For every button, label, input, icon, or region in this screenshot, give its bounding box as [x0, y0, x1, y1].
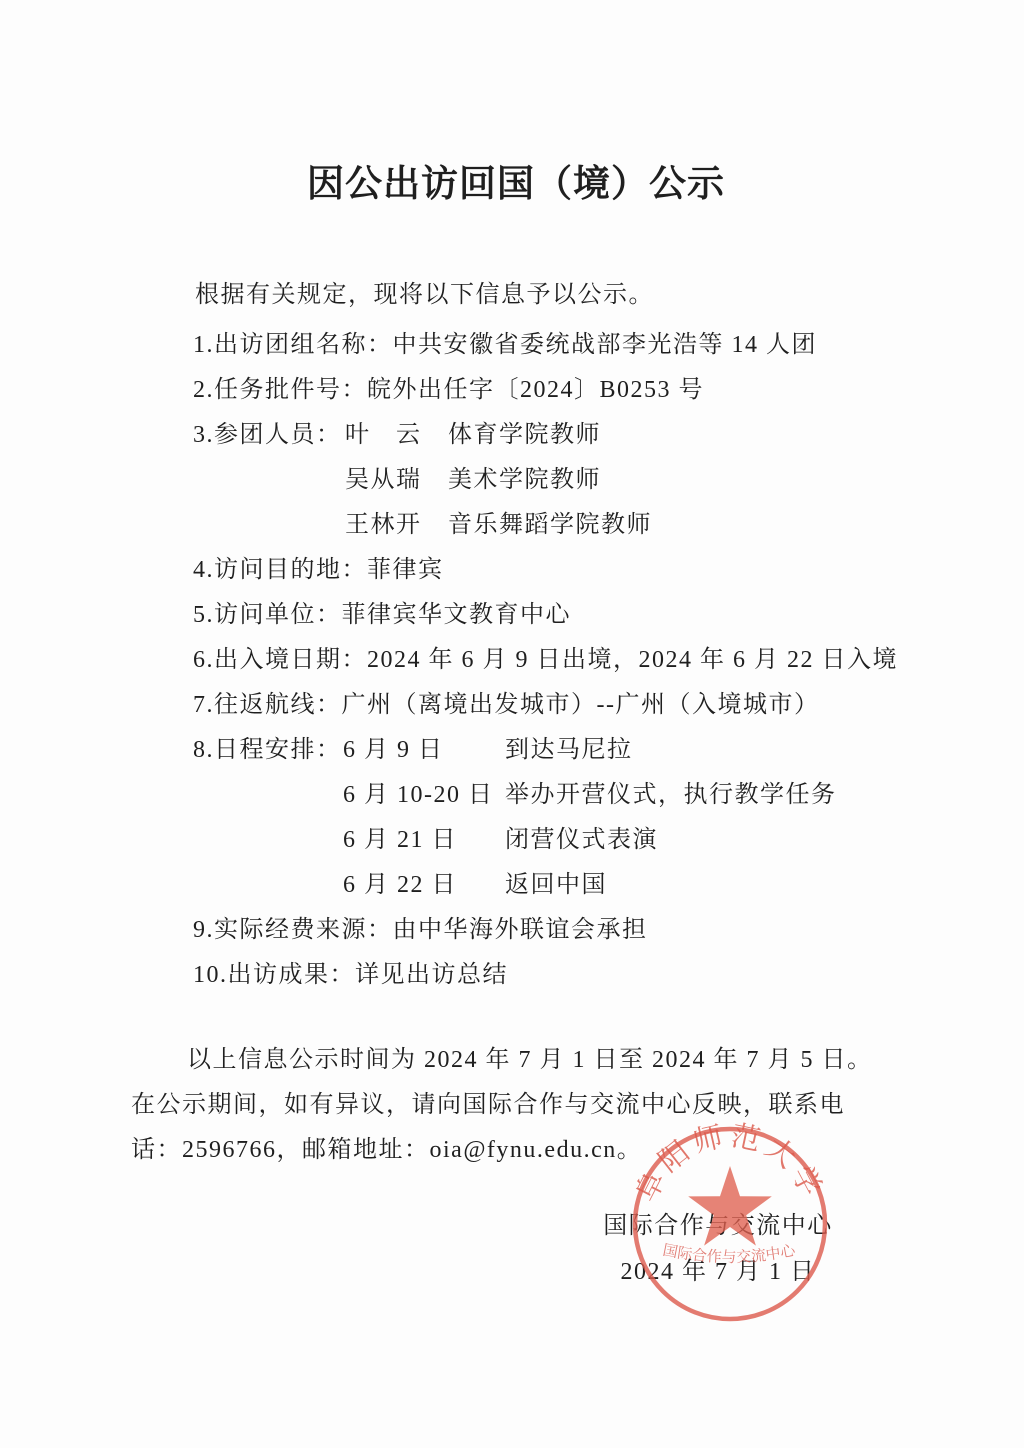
- signature-date: 2024 年 7 月 1 日: [553, 1249, 883, 1295]
- page-title: 因公出访回国（境）公示: [131, 163, 901, 207]
- item-value: 菲律宾华文教育中心: [342, 602, 572, 628]
- schedule-date: 6 月 9 日: [343, 728, 505, 773]
- list-item: 5.访问单位：菲律宾华文教育中心: [193, 593, 901, 638]
- schedule-date: 6 月 21 日: [343, 818, 505, 863]
- schedule-date: 6 月 22 日: [343, 863, 505, 908]
- schedule-activity: 返回中国: [505, 872, 607, 898]
- item-label: 10.出访成果：: [193, 962, 355, 988]
- member-name: 叶 云: [345, 413, 448, 458]
- schedule-activity: 闭营仪式表演: [505, 827, 658, 853]
- schedule-activity: 到达马尼拉: [505, 737, 633, 763]
- item-label: 9.实际经费来源：: [193, 917, 393, 943]
- member-dept: 音乐舞蹈学院教师: [448, 512, 652, 538]
- list-item: 8.日程安排：6 月 9 日到达马尼拉: [193, 728, 901, 773]
- item-label: 7.往返航线：: [193, 692, 342, 718]
- item-value: 详见出访总结: [355, 962, 508, 988]
- list-item-continuation: 吴从瑞美术学院教师: [193, 458, 901, 503]
- item-value: 皖外出任字〔2024〕B0253 号: [367, 377, 704, 403]
- closing-line: 以上信息公示时间为 2024 年 7 月 1 日至 2024 年 7 月 5 日…: [131, 1038, 901, 1083]
- member-name: 吴从瑞: [345, 458, 448, 503]
- member-dept: 体育学院教师: [448, 422, 601, 448]
- item-label: 2.任务批件号：: [193, 377, 367, 403]
- list-item-continuation: 6 月 22 日返回中国: [193, 863, 901, 908]
- member-name: 王林开: [345, 503, 448, 548]
- item-label: 4.访问目的地：: [193, 557, 367, 583]
- item-label: 8.日程安排：: [193, 728, 343, 773]
- closing-line: 在公示期间，如有异议，请向国际合作与交流中心反映，联系电: [131, 1083, 901, 1128]
- schedule-date: 6 月 10-20 日: [343, 773, 505, 818]
- signature-block: 国际合作与交流中心 2024 年 7 月 1 日: [553, 1203, 883, 1295]
- item-label: 3.参团人员：: [193, 413, 345, 458]
- document-page: 因公出访回国（境）公示 根据有关规定，现将以下信息予以公示。 1.出访团组名称：…: [0, 0, 1024, 1448]
- notice-item-list: 1.出访团组名称：中共安徽省委统战部李光浩等 14 人团 2.任务批件号：皖外出…: [131, 323, 901, 998]
- item-label: 6.出入境日期：: [193, 647, 367, 673]
- list-item: 1.出访团组名称：中共安徽省委统战部李光浩等 14 人团: [193, 323, 901, 368]
- closing-line: 话：2596766，邮箱地址：oia@fynu.edu.cn。: [131, 1128, 901, 1173]
- item-label: 5.访问单位：: [193, 602, 342, 628]
- list-item: 9.实际经费来源：由中华海外联谊会承担: [193, 908, 901, 953]
- list-item: 4.访问目的地：菲律宾: [193, 548, 901, 593]
- document-content: 因公出访回国（境）公示 根据有关规定，现将以下信息予以公示。 1.出访团组名称：…: [131, 0, 901, 1173]
- list-item: 2.任务批件号：皖外出任字〔2024〕B0253 号: [193, 368, 901, 413]
- list-item-continuation: 6 月 10-20 日举办开营仪式，执行教学任务: [193, 773, 901, 818]
- list-item-continuation: 王林开音乐舞蹈学院教师: [193, 503, 901, 548]
- list-item-continuation: 6 月 21 日闭营仪式表演: [193, 818, 901, 863]
- member-dept: 美术学院教师: [448, 467, 601, 493]
- signature-org: 国际合作与交流中心: [553, 1203, 883, 1249]
- intro-paragraph: 根据有关规定，现将以下信息予以公示。: [131, 273, 901, 318]
- item-value: 广州（离境出发城市）--广州（入境城市）: [342, 692, 820, 718]
- list-item: 10.出访成果：详见出访总结: [193, 953, 901, 998]
- item-value: 菲律宾: [367, 557, 444, 583]
- item-value: 由中华海外联谊会承担: [393, 917, 648, 943]
- item-value: 中共安徽省委统战部李光浩等 14 人团: [393, 332, 818, 358]
- list-item: 6.出入境日期：2024 年 6 月 9 日出境，2024 年 6 月 22 日…: [193, 638, 901, 683]
- item-label: 1.出访团组名称：: [193, 332, 393, 358]
- schedule-activity: 举办开营仪式，执行教学任务: [505, 782, 837, 808]
- closing-paragraph: 以上信息公示时间为 2024 年 7 月 1 日至 2024 年 7 月 5 日…: [131, 1038, 901, 1173]
- item-value: 2024 年 6 月 9 日出境，2024 年 6 月 22 日入境: [367, 647, 898, 673]
- list-item: 3.参团人员：叶 云体育学院教师: [193, 413, 901, 458]
- list-item: 7.往返航线：广州（离境出发城市）--广州（入境城市）: [193, 683, 901, 728]
